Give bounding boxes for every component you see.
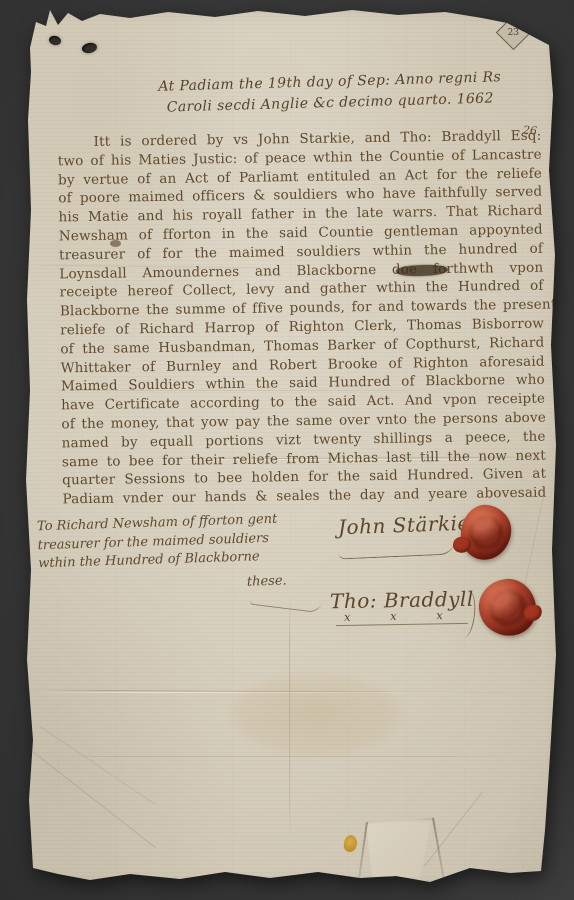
ink-smudge: [110, 240, 121, 247]
document-body-text: Itt is ordered by vs John Starkie, and T…: [57, 127, 546, 510]
paper-shadow-wrap: 23 26 At Padiam the 19th day of Sep: Ann…: [0, 0, 574, 900]
address-line: these.: [247, 571, 310, 591]
manuscript-page: 23 26 At Padiam the 19th day of Sep: Ann…: [0, 0, 574, 900]
fold-crease: [55, 756, 515, 757]
stamp-number: 23: [508, 27, 519, 37]
photograph-of-manuscript: { "colors": { "backdrop": "#343434", "pa…: [0, 0, 574, 900]
signature-marks: x x x: [344, 608, 443, 624]
address-docket: To Richard Newsham of fforton gent treas…: [37, 510, 309, 598]
water-stain: [228, 672, 403, 757]
